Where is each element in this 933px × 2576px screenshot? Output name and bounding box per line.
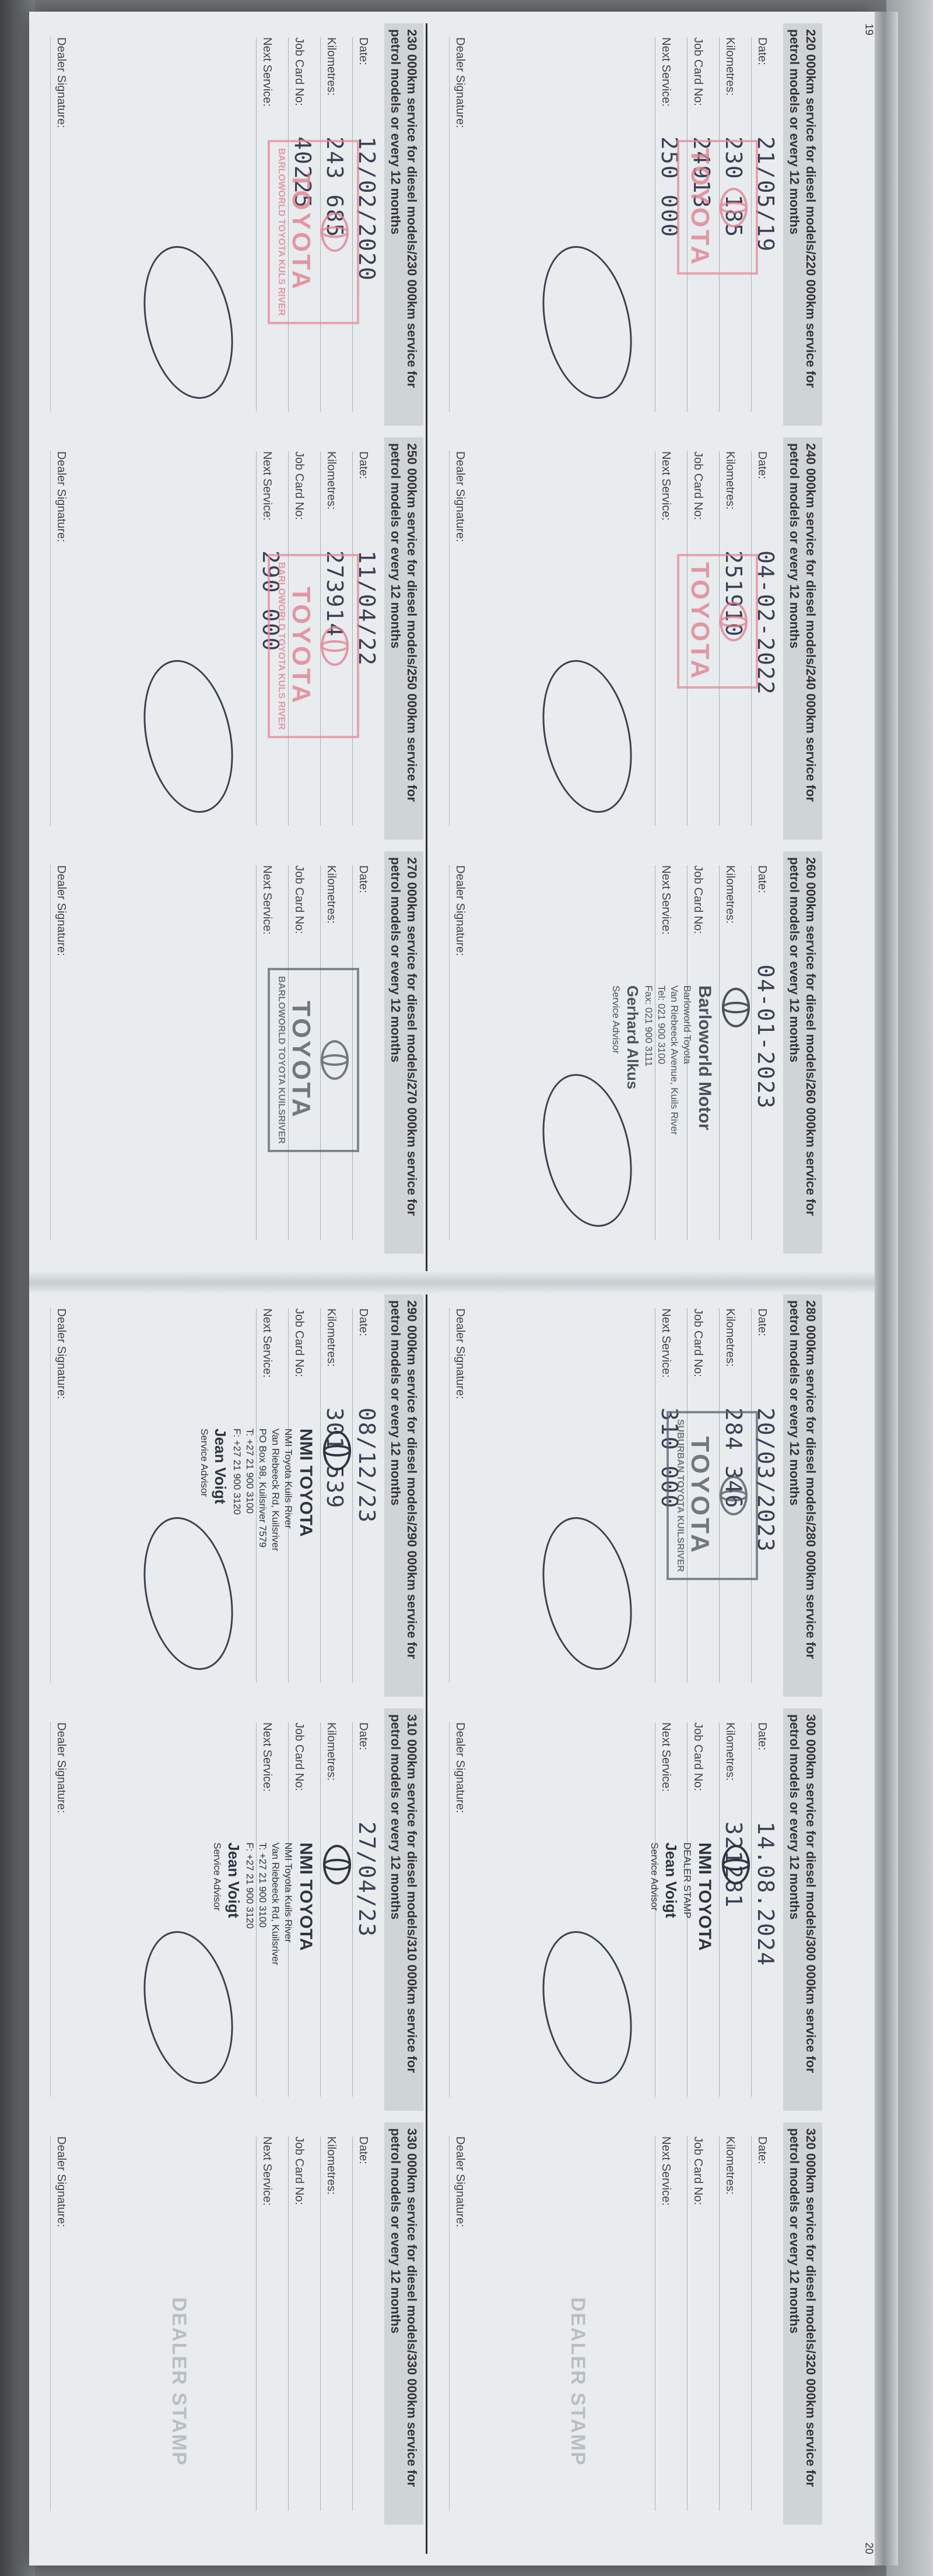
dealer-signature-label: Dealer Signature: bbox=[51, 37, 68, 136]
stamp-dealer-name: BARLOWORLD TOYOTA KULS RIVER bbox=[276, 562, 286, 730]
field-label: Next Service: bbox=[257, 865, 273, 964]
dealer-stamp-placeholder: DEALER STAMP bbox=[566, 2297, 589, 2466]
dealer-signature-line: Dealer Signature: bbox=[449, 451, 479, 826]
service-card-header: 290 000km service for diesel models/290 … bbox=[384, 1294, 423, 1697]
stamp-brand: TOYOTA bbox=[685, 1419, 714, 1572]
toyota-logo-icon bbox=[321, 626, 349, 666]
handwritten-signature bbox=[131, 238, 246, 408]
service-card-header: 320 000km service for diesel models/320 … bbox=[783, 2122, 822, 2525]
column-divider-top bbox=[426, 23, 427, 1271]
stamp-brand: TOYOTA bbox=[685, 148, 714, 266]
field-label: Kilometres: bbox=[720, 451, 736, 550]
service-advisor-name: Jean Voigt bbox=[211, 1429, 230, 1551]
toyota-dealer-stamp: TOYOTASUBURBAN TOYOTA KUILSRIVER bbox=[667, 1411, 758, 1580]
dealer-signature-label: Dealer Signature: bbox=[450, 865, 466, 964]
field-date: Date:27/04/23 bbox=[352, 1722, 384, 2097]
field-label: Job Card No: bbox=[289, 1722, 306, 1822]
service-card-header: 280 000km service for diesel models/280 … bbox=[783, 1294, 822, 1697]
dealer-name: NMI TOYOTA bbox=[693, 1842, 716, 1951]
toyota-logo-icon bbox=[720, 188, 748, 227]
handwritten-signature bbox=[529, 652, 645, 822]
service-card-s260: 260 000km service for diesel models/260 … bbox=[437, 851, 822, 1254]
dealer-signature-label: Dealer Signature: bbox=[450, 37, 466, 136]
field-label: Kilometres: bbox=[720, 2136, 736, 2235]
field-label: Job Card No: bbox=[688, 1722, 704, 1822]
dealer-stamp-block: NMI TOYOTANMI Toyota Kuils RiverVan Rieb… bbox=[198, 1429, 353, 1551]
column-divider-bottom bbox=[426, 1294, 427, 2554]
dealer-address-line: F: +27 21 900 3120 bbox=[230, 1429, 243, 1551]
dealer-signature-label: Dealer Signature: bbox=[51, 1308, 68, 1408]
field-label: Date: bbox=[752, 451, 769, 550]
dealer-address-line: T: +27 21 900 3100 bbox=[256, 1842, 269, 1965]
stamp-brand: TOYOTA bbox=[286, 562, 315, 730]
field-label: Date: bbox=[353, 451, 370, 550]
field-label: Kilometres: bbox=[321, 2136, 338, 2235]
service-card-s270: 270 000km service for diesel models/270 … bbox=[38, 851, 423, 1254]
dealer-signature-label: Dealer Signature: bbox=[51, 865, 68, 964]
service-card-header: 310 000km service for diesel models/310 … bbox=[384, 1708, 423, 2111]
dealer-signature-line: Dealer Signature: bbox=[50, 451, 80, 826]
field-label: Job Card No: bbox=[688, 37, 704, 136]
stamp-brand: TOYOTA bbox=[286, 148, 315, 316]
dealer-signature-label: Dealer Signature: bbox=[51, 1722, 68, 1822]
dealer-signature-line: Dealer Signature: bbox=[449, 865, 479, 1240]
stamp-brand: TOYOTA bbox=[685, 562, 714, 680]
field-label: Date: bbox=[752, 2136, 769, 2235]
service-card-s280: 280 000km service for diesel models/280 … bbox=[437, 1294, 822, 1697]
dealer-signature-line: Dealer Signature: bbox=[50, 1308, 80, 1683]
toyota-logo-icon bbox=[321, 1040, 349, 1080]
stamp-dealer-name: SUBURBAN TOYOTA KUILSRIVER bbox=[675, 1419, 685, 1572]
field-label: Date: bbox=[353, 865, 370, 964]
field-label: Next Service: bbox=[655, 1308, 672, 1408]
service-booklet: 19 20 220 000km service for diesel model… bbox=[29, 12, 875, 2566]
service-card-header: 250 000km service for diesel models/250 … bbox=[384, 437, 423, 840]
field-label: Job Card No: bbox=[688, 451, 704, 550]
field-label: Kilometres: bbox=[321, 1722, 338, 1822]
dealer-signature-line: Dealer Signature: bbox=[50, 1722, 80, 2097]
field-label: Kilometres: bbox=[720, 37, 736, 136]
booklet-spine bbox=[29, 1271, 875, 1294]
page-number-left: 19 bbox=[863, 23, 875, 35]
field-date: Date:08/12/23 bbox=[352, 1308, 384, 1683]
field-next-service: Next Service: bbox=[655, 2136, 687, 2511]
dealer-signature-label: Dealer Signature: bbox=[51, 451, 68, 550]
field-label: Date: bbox=[353, 37, 370, 136]
toyota-dealer-stamp: TOYOTABARLOWORLD TOYOTA KUILSRIVER bbox=[268, 968, 359, 1152]
field-label: Job Card No: bbox=[289, 1308, 306, 1408]
toyota-dealer-stamp: TOYOTABARLOWORLD TOYOTA KULS RIVER bbox=[268, 140, 359, 324]
dealer-address-line: Van Riebeeck Rd, Kuilsriver bbox=[269, 1842, 282, 1965]
field-label: Job Card No: bbox=[289, 451, 306, 550]
field-label: Next Service: bbox=[257, 1722, 273, 1822]
field-kilometres: Kilometres: bbox=[719, 2136, 751, 2511]
service-advisor-role: Service Advisor bbox=[211, 1842, 223, 1965]
field-label: Kilometres: bbox=[720, 1308, 736, 1408]
service-card-s310: 310 000km service for diesel models/310 … bbox=[38, 1708, 423, 2111]
field-label: Date: bbox=[752, 37, 769, 136]
service-card-s230: 230 000km service for diesel models/230 … bbox=[38, 23, 423, 426]
service-card-s220: 220 000km service for diesel models/220 … bbox=[437, 23, 822, 426]
toyota-logo-icon bbox=[720, 1476, 748, 1515]
dealer-stamp-block: Barloworld MotorBarloworld ToyotaVan Rie… bbox=[609, 985, 752, 1135]
toyota-logo-icon bbox=[720, 602, 748, 641]
service-card-header: 240 000km service for diesel models/240 … bbox=[783, 437, 822, 840]
field-label: Kilometres: bbox=[321, 865, 338, 964]
field-label: Kilometres: bbox=[321, 451, 338, 550]
handwritten-signature bbox=[529, 1509, 645, 1679]
handwritten-signature bbox=[529, 1923, 645, 2093]
stamp-dealer-name: BARLOWORLD TOYOTA KUILSRIVER bbox=[276, 976, 286, 1144]
handwritten-signature bbox=[131, 652, 246, 822]
dealer-stamp-block: NMI TOYOTANMI Toyota Kuils RiverVan Rieb… bbox=[211, 1842, 353, 1965]
field-date: Date: bbox=[352, 2136, 384, 2511]
toyota-dealer-stamp: TOYOTA bbox=[677, 140, 758, 275]
field-label: Job Card No: bbox=[289, 865, 306, 964]
service-card-s290: 290 000km service for diesel models/290 … bbox=[38, 1294, 423, 1697]
service-card-s300: 300 000km service for diesel models/300 … bbox=[437, 1708, 822, 2111]
service-card-s240: 240 000km service for diesel models/240 … bbox=[437, 437, 822, 840]
field-kilometres: Kilometres: bbox=[320, 2136, 352, 2511]
page-edge bbox=[875, 12, 898, 2566]
dealer-address-line: T: +27 21 900 3100 bbox=[243, 1429, 256, 1551]
page-number-right: 20 bbox=[863, 2542, 875, 2554]
toyota-logo-icon bbox=[722, 988, 750, 1027]
dealer-signature-label: Dealer Signature: bbox=[450, 1308, 466, 1408]
dealer-signature-line: Dealer Signature: bbox=[50, 865, 80, 1240]
service-advisor-name: Gerhard Alkus bbox=[622, 985, 642, 1135]
field-label: Kilometres: bbox=[321, 1308, 338, 1408]
service-card-header: 230 000km service for diesel models/230 … bbox=[384, 23, 423, 426]
field-label: Next Service: bbox=[655, 2136, 672, 2235]
dealer-address-line: PO Box 98, Kuilsriver 7579 bbox=[256, 1429, 269, 1551]
dealer-name: Barloworld Motor bbox=[693, 985, 716, 1135]
dealer-signature-line: Dealer Signature: bbox=[449, 2136, 479, 2511]
service-card-header: 220 000km service for diesel models/220 … bbox=[783, 23, 822, 426]
field-label: Job Card No: bbox=[688, 2136, 704, 2235]
dealer-address-line: Barloworld Toyota bbox=[681, 985, 693, 1135]
field-label: Job Card No: bbox=[289, 2136, 306, 2235]
service-advisor-name: Jean Voigt bbox=[223, 1842, 243, 1965]
dealer-name: NMI TOYOTA bbox=[294, 1429, 317, 1551]
stamp-dealer-name: BARLOWORLD TOYOTA KULS RIVER bbox=[276, 148, 286, 316]
field-label: Next Service: bbox=[257, 1308, 273, 1408]
toyota-logo-icon bbox=[321, 212, 349, 252]
field-label: Next Service: bbox=[257, 37, 273, 136]
field-date: Date:14.08.2024 bbox=[751, 1722, 783, 2097]
service-card-s320: 320 000km service for diesel models/320 … bbox=[437, 2122, 822, 2525]
dealer-signature-label: Dealer Signature: bbox=[450, 1722, 466, 1822]
dealer-name: NMI TOYOTA bbox=[294, 1842, 317, 1965]
dealer-signature-label: Dealer Signature: bbox=[51, 2136, 68, 2235]
field-label: Kilometres: bbox=[720, 865, 736, 964]
field-job-card: Job Card No: bbox=[687, 2136, 719, 2511]
field-label: Next Service: bbox=[655, 1722, 672, 1822]
toyota-logo-icon bbox=[323, 1431, 351, 1471]
stamp-brand: TOYOTA bbox=[286, 976, 315, 1144]
field-label: Job Card No: bbox=[688, 1308, 704, 1408]
dealer-address-line: Van Riebeeck Rd, Kuilsriver bbox=[269, 1429, 282, 1551]
field-label: Next Service: bbox=[257, 2136, 273, 2235]
service-advisor-name: Jean Voigt bbox=[661, 1842, 681, 1951]
service-advisor-role: Service Advisor bbox=[648, 1842, 661, 1951]
dealer-signature-line: Dealer Signature: bbox=[449, 1308, 479, 1683]
field-label: Job Card No: bbox=[289, 37, 306, 136]
field-date: Date:04-01-2023 bbox=[751, 865, 783, 1240]
field-label: Date: bbox=[353, 1722, 370, 1822]
field-label: Date: bbox=[353, 1308, 370, 1408]
dealer-address-line: Van Riebeeck Avenue, Kuils River bbox=[668, 985, 681, 1135]
field-label: Date: bbox=[752, 1722, 769, 1822]
dealer-address-line: Fax: 021 900 3111 bbox=[642, 985, 655, 1135]
dealer-address-line: DEALER STAMP bbox=[681, 1842, 693, 1951]
field-value: 27/04/23 bbox=[353, 1822, 380, 1938]
service-card-header: 300 000km service for diesel models/300 … bbox=[783, 1708, 822, 2111]
field-value: 14.08.2024 bbox=[752, 1822, 778, 1967]
field-label: Date: bbox=[752, 865, 769, 964]
dealer-address-line: NMI Toyota Kuils River bbox=[282, 1429, 294, 1551]
service-card-s330: 330 000km service for diesel models/330 … bbox=[38, 2122, 423, 2525]
field-label: Next Service: bbox=[655, 865, 672, 964]
dealer-signature-label: Dealer Signature: bbox=[450, 2136, 466, 2235]
field-label: Kilometres: bbox=[720, 1722, 736, 1822]
dealer-signature-line: Dealer Signature: bbox=[50, 2136, 80, 2511]
field-label: Kilometres: bbox=[321, 37, 338, 136]
toyota-logo-icon bbox=[722, 1845, 750, 1884]
dealer-address-line: NMI Toyota Kuils River bbox=[282, 1842, 294, 1965]
dealer-stamp-block: NMI TOYOTADEALER STAMPJean VoigtService … bbox=[648, 1842, 752, 1951]
field-label: Next Service: bbox=[655, 37, 672, 136]
toyota-dealer-stamp: TOYOTA bbox=[677, 554, 758, 689]
field-value: 04-01-2023 bbox=[752, 964, 778, 1110]
dealer-address-line: F: +27 21 900 3120 bbox=[243, 1842, 256, 1965]
field-label: Date: bbox=[752, 1308, 769, 1408]
toyota-dealer-stamp: TOYOTABARLOWORLD TOYOTA KULS RIVER bbox=[268, 554, 359, 738]
field-label: Next Service: bbox=[257, 451, 273, 550]
field-date: Date: bbox=[751, 2136, 783, 2511]
dealer-signature-line: Dealer Signature: bbox=[50, 37, 80, 412]
field-value: 08/12/23 bbox=[353, 1408, 380, 1524]
handwritten-signature bbox=[529, 238, 645, 408]
field-label: Job Card No: bbox=[688, 865, 704, 964]
service-card-header: 260 000km service for diesel models/260 … bbox=[783, 851, 822, 1254]
field-label: Next Service: bbox=[655, 451, 672, 550]
service-card-s250: 250 000km service for diesel models/250 … bbox=[38, 437, 423, 840]
service-card-header: 270 000km service for diesel models/270 … bbox=[384, 851, 423, 1254]
field-job-card: Job Card No: bbox=[288, 2136, 320, 2511]
field-next-service: Next Service: bbox=[256, 2136, 288, 2511]
field-label: Date: bbox=[353, 2136, 370, 2235]
toyota-logo-icon bbox=[323, 1845, 351, 1884]
dealer-signature-line: Dealer Signature: bbox=[449, 1722, 479, 2097]
dealer-address-line: Tel: 021 900 3100 bbox=[655, 985, 668, 1135]
dealer-signature-line: Dealer Signature: bbox=[449, 37, 479, 412]
service-card-header: 330 000km service for diesel models/330 … bbox=[384, 2122, 423, 2525]
dealer-stamp-placeholder: DEALER STAMP bbox=[167, 2297, 190, 2466]
dealer-signature-label: Dealer Signature: bbox=[450, 451, 466, 550]
